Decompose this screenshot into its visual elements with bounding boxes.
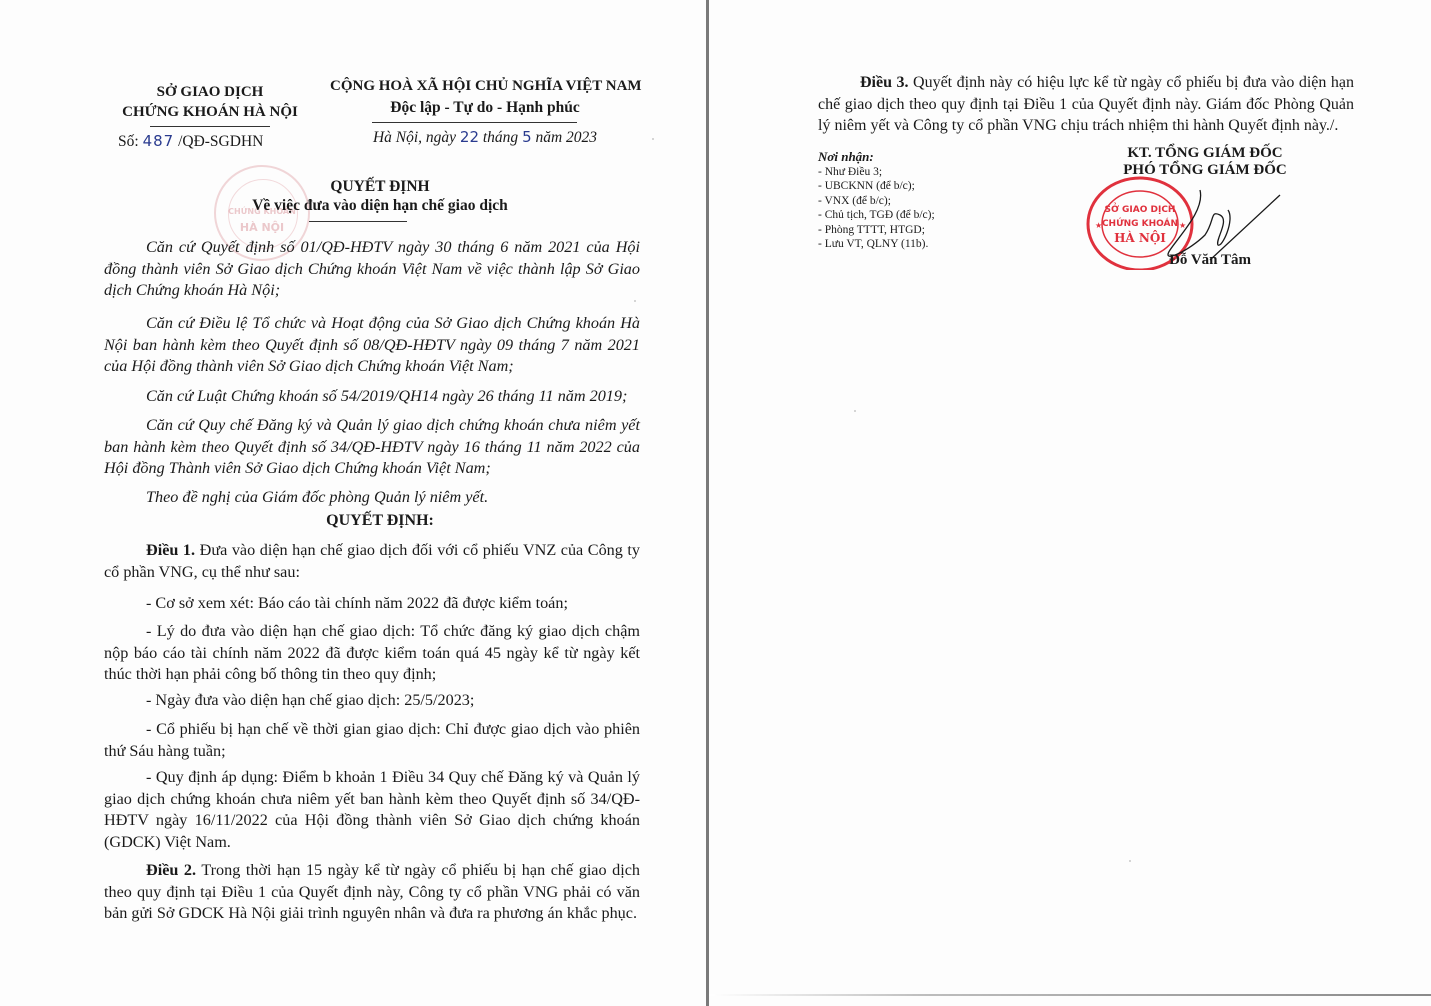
- doc-number-handwritten: 487: [143, 132, 175, 150]
- header-rule-left: [150, 126, 270, 127]
- decision-heading: QUYẾT ĐỊNH:: [300, 512, 460, 530]
- article-2-label: Điều 2.: [146, 861, 196, 879]
- recipient-item: - Lưu VT, QLNY (11b).: [818, 237, 935, 252]
- org-name-line2: CHỨNG KHOÁN HÀ NỘI: [110, 104, 310, 121]
- date-day: 22: [460, 128, 479, 146]
- date-prefix: Hà Nội, ngày: [373, 129, 456, 146]
- svg-text:HÀ NỘI: HÀ NỘI: [1114, 229, 1166, 245]
- recipient-item: - VNX (để b/c);: [818, 194, 935, 209]
- article-2: Điều 2. Trong thời hạn 15 ngày kể từ ngà…: [104, 860, 640, 925]
- recipient-item: - Như Điều 3;: [818, 165, 935, 180]
- article-1-item-2: - Lý do đưa vào diện hạn chế giao dịch: …: [104, 621, 640, 686]
- document-number: Số: 487 /QĐ-SGDHN: [118, 132, 263, 151]
- motto: Độc lập - Tự do - Hạnh phúc: [330, 99, 640, 117]
- recipients-heading: Nơi nhận:: [818, 150, 935, 165]
- date-line: Hà Nội, ngày 22 tháng 5 năm 2023: [330, 128, 640, 147]
- recipient-item: - Phòng TTTT, HTGD;: [818, 223, 935, 238]
- signer-name: Đỗ Văn Tâm: [1120, 252, 1300, 269]
- svg-text:★: ★: [1095, 221, 1102, 230]
- preamble-4: Căn cứ Quy chế Đăng ký và Quản lý giao d…: [104, 415, 640, 480]
- article-1-item-3: - Ngày đưa vào diện hạn chế giao dịch: 2…: [104, 690, 640, 712]
- article-3: Điều 3. Quyết định này có hiệu lực kể từ…: [818, 72, 1354, 137]
- nation-heading: CỘNG HOÀ XÃ HỘI CHỦ NGHĨA VIỆT NAM: [330, 78, 640, 95]
- article-1: Điều 1. Đưa vào diện hạn chế giao dịch đ…: [104, 540, 640, 583]
- document-title: QUYẾT ĐỊNH: [200, 178, 560, 196]
- article-3-label: Điều 3.: [860, 74, 909, 91]
- article-1-item-4: - Cổ phiếu bị hạn chế về thời gian giao …: [104, 719, 640, 762]
- preamble-2: Căn cứ Điều lệ Tổ chức và Hoạt động của …: [104, 313, 640, 378]
- signature-title-2: PHÓ TỔNG GIÁM ĐỐC: [1100, 162, 1310, 179]
- recipients-list: Nơi nhận: - Như Điều 3; - UBCKNN (để b/c…: [818, 150, 935, 252]
- doc-number-suffix: /QĐ-SGDHN: [178, 133, 263, 150]
- preamble-1: Căn cứ Quyết định số 01/QĐ-HĐTV ngày 30 …: [104, 237, 640, 302]
- document-subtitle: Về việc đưa vào diện hạn chế giao dịch: [160, 197, 600, 215]
- doc-number-label: Số:: [118, 133, 139, 150]
- bottom-rule: [709, 994, 1431, 996]
- preamble-3: Căn cứ Luật Chứng khoán số 54/2019/QH14 …: [104, 386, 640, 408]
- signature-title-1: KT. TỔNG GIÁM ĐỐC: [1100, 145, 1310, 162]
- recipient-item: - Chủ tịch, TGĐ (để b/c);: [818, 208, 935, 223]
- date-month: 5: [522, 128, 532, 146]
- article-1-item-1: - Cơ sở xem xét: Báo cáo tài chính năm 2…: [104, 593, 640, 615]
- article-1-label: Điều 1.: [146, 541, 195, 559]
- org-name-line1: SỞ GIAO DỊCH: [120, 84, 300, 101]
- header-rule-right: [372, 122, 577, 123]
- title-rule: [309, 221, 407, 222]
- left-page: SỞ GIAO DỊCH CHỨNG KHOÁN HÀ NỘI Số: 487 …: [0, 0, 706, 1006]
- recipient-item: - UBCKNN (để b/c);: [818, 179, 935, 194]
- preamble-5: Theo đề nghị của Giám đốc phòng Quản lý …: [104, 487, 640, 509]
- faded-stamp-text-2: HÀ NỘI: [216, 221, 308, 234]
- date-year: năm 2023: [535, 129, 597, 146]
- article-1-item-5: - Quy định áp dụng: Điểm b khoản 1 Điều …: [104, 767, 640, 853]
- date-month-label: tháng: [483, 129, 518, 146]
